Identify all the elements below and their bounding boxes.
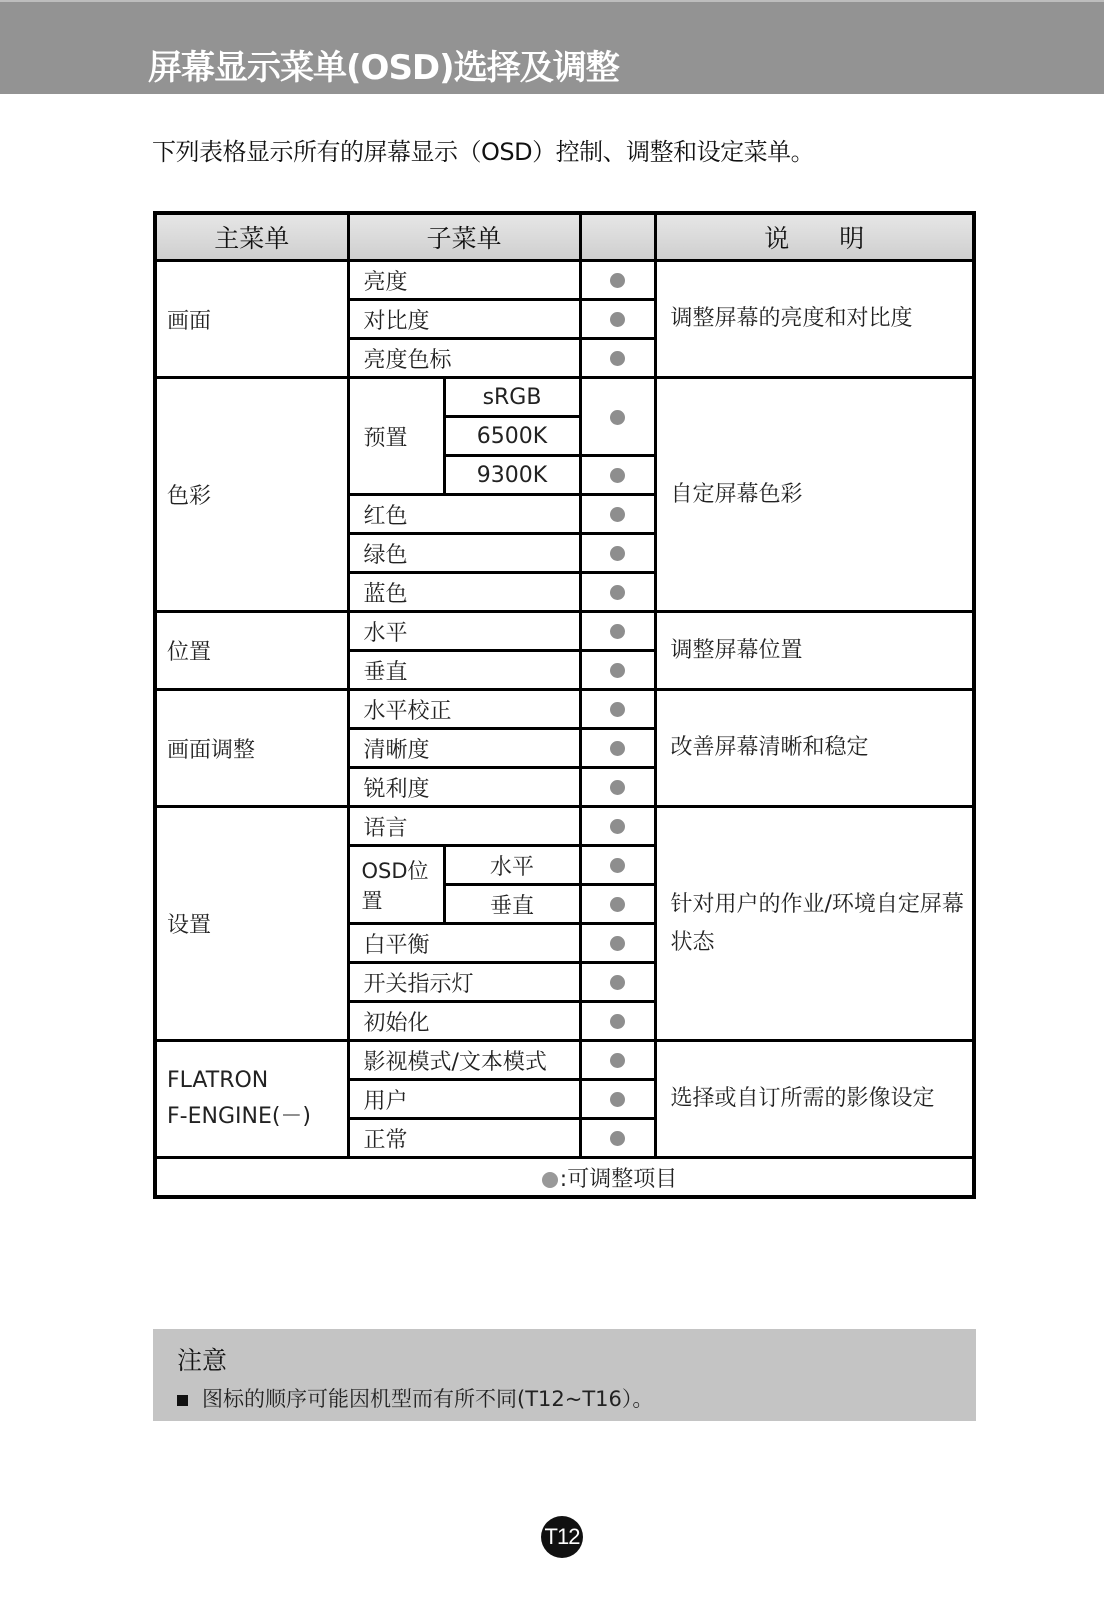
adjustable-dot-icon <box>610 624 625 639</box>
adjustable-dot-icon <box>610 273 625 288</box>
sub-menu-item: 水平校正 <box>348 690 580 729</box>
adjustable-dot-icon <box>610 1014 625 1029</box>
adjustable-dot-icon <box>610 780 625 795</box>
table-row: 色彩 预置 sRGB 自定屏幕色彩 <box>155 378 974 417</box>
note-box: 注意 图标的顺序可能因机型而有所不同(T12~T16）。 <box>153 1329 976 1421</box>
sub-menu-item: 绿色 <box>348 534 580 573</box>
header-description: 说 明 <box>655 213 974 261</box>
main-menu-position: 位置 <box>155 612 348 690</box>
sub-menu-preset: 预置 <box>348 378 444 495</box>
header-dot <box>580 213 655 261</box>
preset-item: sRGB <box>444 378 580 417</box>
table-row: 设置 语言 针对用户的作业/环境自定屏幕状态 <box>155 807 974 846</box>
sub-menu-item: 白平衡 <box>348 924 580 963</box>
table-row: 画面 亮度 调整屏幕的亮度和对比度 <box>155 261 974 300</box>
main-menu-f-engine-line1: FLATRON <box>167 1063 347 1099</box>
adjustable-dot-icon <box>610 702 625 717</box>
adjustable-dot-icon <box>610 975 625 990</box>
adjustable-dot-icon <box>610 741 625 756</box>
main-menu-color: 色彩 <box>155 378 348 612</box>
description: 改善屏幕清晰和稳定 <box>655 690 974 807</box>
sub-menu-item: 清晰度 <box>348 729 580 768</box>
sub-menu-item: 锐利度 <box>348 768 580 807</box>
table-header-row: 主菜单 子菜单 说 明 <box>155 213 974 261</box>
adjustable-dot-icon <box>610 897 625 912</box>
sub-menu-item: 影视模式/文本模式 <box>348 1041 580 1080</box>
adjustable-dot-icon <box>610 819 625 834</box>
adjustable-dot-icon <box>610 663 625 678</box>
legend: :可调整项目 <box>155 1158 974 1198</box>
sub-menu-item: 垂直 <box>348 651 580 690</box>
adjustable-dot-icon <box>610 1131 625 1146</box>
main-menu-picture-adjust: 画面调整 <box>155 690 348 807</box>
page-title: 屏幕显示菜单(OSD)选择及调整 <box>148 40 619 89</box>
description: 调整屏幕位置 <box>655 612 974 690</box>
sub-menu-item: 初始化 <box>348 1002 580 1041</box>
adjustable-dot-icon <box>610 1092 625 1107</box>
description: 针对用户的作业/环境自定屏幕状态 <box>655 807 974 1041</box>
main-menu-f-engine-line2: F-ENGINE(－) <box>167 1099 347 1135</box>
intro-text: 下列表格显示所有的屏幕显示（OSD）控制、调整和设定菜单。 <box>152 132 814 167</box>
description: 选择或自订所需的影像设定 <box>655 1041 974 1158</box>
preset-item: 9300K <box>444 456 580 495</box>
sub-menu-item: 水平 <box>348 612 580 651</box>
main-menu-setup: 设置 <box>155 807 348 1041</box>
page-number-badge: T12 <box>541 1516 583 1558</box>
osd-position-item: 水平 <box>444 846 580 885</box>
preset-item: 6500K <box>444 417 580 456</box>
adjustable-dot-icon <box>610 468 625 483</box>
adjustable-dot-icon <box>610 410 625 425</box>
sub-menu-item: 对比度 <box>348 300 580 339</box>
main-menu-picture: 画面 <box>155 261 348 378</box>
description: 调整屏幕的亮度和对比度 <box>655 261 974 378</box>
table-row: 画面调整 水平校正 改善屏幕清晰和稳定 <box>155 690 974 729</box>
adjustable-dot-icon <box>610 858 625 873</box>
legend-row: :可调整项目 <box>155 1158 974 1198</box>
square-bullet-icon <box>177 1395 188 1406</box>
table-row: FLATRON F-ENGINE(－) 影视模式/文本模式 选择或自订所需的影像… <box>155 1041 974 1080</box>
sub-menu-item: 用户 <box>348 1080 580 1119</box>
adjustable-dot-icon <box>542 1172 558 1188</box>
sub-menu-item: 语言 <box>348 807 580 846</box>
legend-text: :可调整项目 <box>560 1167 677 1192</box>
osd-position-item: 垂直 <box>444 885 580 924</box>
description: 自定屏幕色彩 <box>655 378 974 612</box>
sub-menu-item: 开关指示灯 <box>348 963 580 1002</box>
osd-menu-table: 主菜单 子菜单 说 明 画面 亮度 调整屏幕的亮度和对比度 对比度 亮度色标 色… <box>153 211 976 1199</box>
adjustable-dot-icon <box>610 936 625 951</box>
adjustable-dot-icon <box>610 351 625 366</box>
adjustable-dot-icon <box>610 1053 625 1068</box>
sub-menu-item: 亮度 <box>348 261 580 300</box>
sub-menu-osd-position: OSD位置 <box>348 846 444 924</box>
sub-menu-item: 亮度色标 <box>348 339 580 378</box>
main-menu-f-engine: FLATRON F-ENGINE(－) <box>155 1041 348 1158</box>
adjustable-dot-icon <box>610 585 625 600</box>
table-row: 位置 水平 调整屏幕位置 <box>155 612 974 651</box>
adjustable-dot-icon <box>610 546 625 561</box>
note-item: 图标的顺序可能因机型而有所不同(T12~T16）。 <box>177 1383 653 1413</box>
header-main-menu: 主菜单 <box>155 213 348 261</box>
header-sub-menu: 子菜单 <box>348 213 580 261</box>
page-banner: 屏幕显示菜单(OSD)选择及调整 <box>0 0 1104 94</box>
note-title: 注意 <box>177 1341 227 1377</box>
adjustable-dot-icon <box>610 507 625 522</box>
sub-menu-item: 蓝色 <box>348 573 580 612</box>
sub-menu-item: 正常 <box>348 1119 580 1158</box>
note-item-text: 图标的顺序可能因机型而有所不同(T12~T16）。 <box>202 1387 653 1411</box>
sub-menu-item: 红色 <box>348 495 580 534</box>
adjustable-dot-icon <box>610 312 625 327</box>
